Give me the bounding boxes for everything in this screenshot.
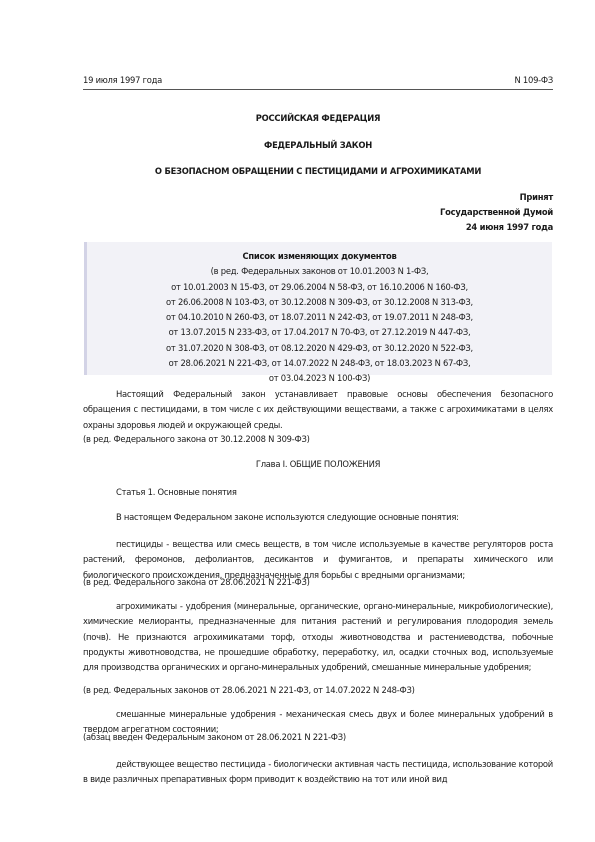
revision-line[interactable]: от 13.07.2015 N 233-ФЗ, от 17.04.2017 N … <box>87 325 552 340</box>
header-date: 19 июля 1997 года <box>83 75 162 85</box>
revision-line[interactable]: от 31.07.2020 N 308-ФЗ, от 08.12.2020 N … <box>87 341 552 356</box>
preamble-text: Настоящий Федеральный закон устанавливае… <box>83 389 553 430</box>
law-name-title: О БЕЗОПАСНОМ ОБРАЩЕНИИ С ПЕСТИЦИДАМИ И А… <box>83 166 553 176</box>
accepted-block: Принят Государственной Думой 24 июня 199… <box>440 190 553 235</box>
definition-text: пестициды - вещества или смесь веществ, … <box>83 539 553 580</box>
chapter-heading: Глава I. ОБЩИЕ ПОЛОЖЕНИЯ <box>83 459 553 469</box>
revision-line[interactable]: от 04.10.2010 N 260-ФЗ, от 18.07.2011 N … <box>87 310 552 325</box>
definition-edition-note[interactable]: (абзац введен Федеральным законом от 28.… <box>83 730 346 745</box>
revision-line[interactable]: от 10.01.2003 N 15-ФЗ, от 29.06.2004 N 5… <box>87 280 552 295</box>
revision-line[interactable]: от 03.04.2023 N 100-ФЗ) <box>87 371 552 386</box>
revision-line[interactable]: от 28.06.2021 N 221-ФЗ, от 14.07.2022 N … <box>87 356 552 371</box>
definitions-intro: В настоящем Федеральном законе использую… <box>116 512 459 522</box>
article-title: Основные понятия <box>158 487 237 497</box>
definition-edition-note[interactable]: (в ред. Федеральных законов от 28.06.202… <box>83 683 415 698</box>
definition-text: агрохимикаты - удобрения (минеральные, о… <box>83 601 553 672</box>
accepted-line-2: Государственной Думой <box>440 205 553 220</box>
header-divider <box>83 89 553 90</box>
country-title: РОССИЙСКАЯ ФЕДЕРАЦИЯ <box>83 113 553 123</box>
definition-text: действующее вещество пестицида - биологи… <box>83 759 553 784</box>
definition-edition-note[interactable]: (в ред. Федерального закона от 28.06.202… <box>83 575 310 590</box>
revisions-box: Список изменяющих документов (в ред. Фед… <box>84 242 552 375</box>
header-law-number: N 109-ФЗ <box>514 75 553 85</box>
definition-paragraph: действующее вещество пестицида - биологи… <box>83 757 553 788</box>
revisions-title: Список изменяющих документов <box>87 249 552 264</box>
preamble-edition-note[interactable]: (в ред. Федерального закона от 30.12.200… <box>83 432 310 447</box>
revision-line[interactable]: от 26.06.2008 N 103-ФЗ, от 30.12.2008 N … <box>87 295 552 310</box>
article-heading: Статья 1. Основные понятия <box>116 487 237 497</box>
revision-line[interactable]: (в ред. Федеральных законов от 10.01.200… <box>87 264 552 279</box>
accepted-line-1: Принят <box>440 190 553 205</box>
preamble-paragraph: Настоящий Федеральный закон устанавливае… <box>83 387 553 433</box>
definition-paragraph: агрохимикаты - удобрения (минеральные, о… <box>83 599 553 675</box>
article-label: Статья 1. <box>116 487 155 497</box>
law-type-title: ФЕДЕРАЛЬНЫЙ ЗАКОН <box>83 140 553 150</box>
accepted-line-3: 24 июня 1997 года <box>440 220 553 235</box>
